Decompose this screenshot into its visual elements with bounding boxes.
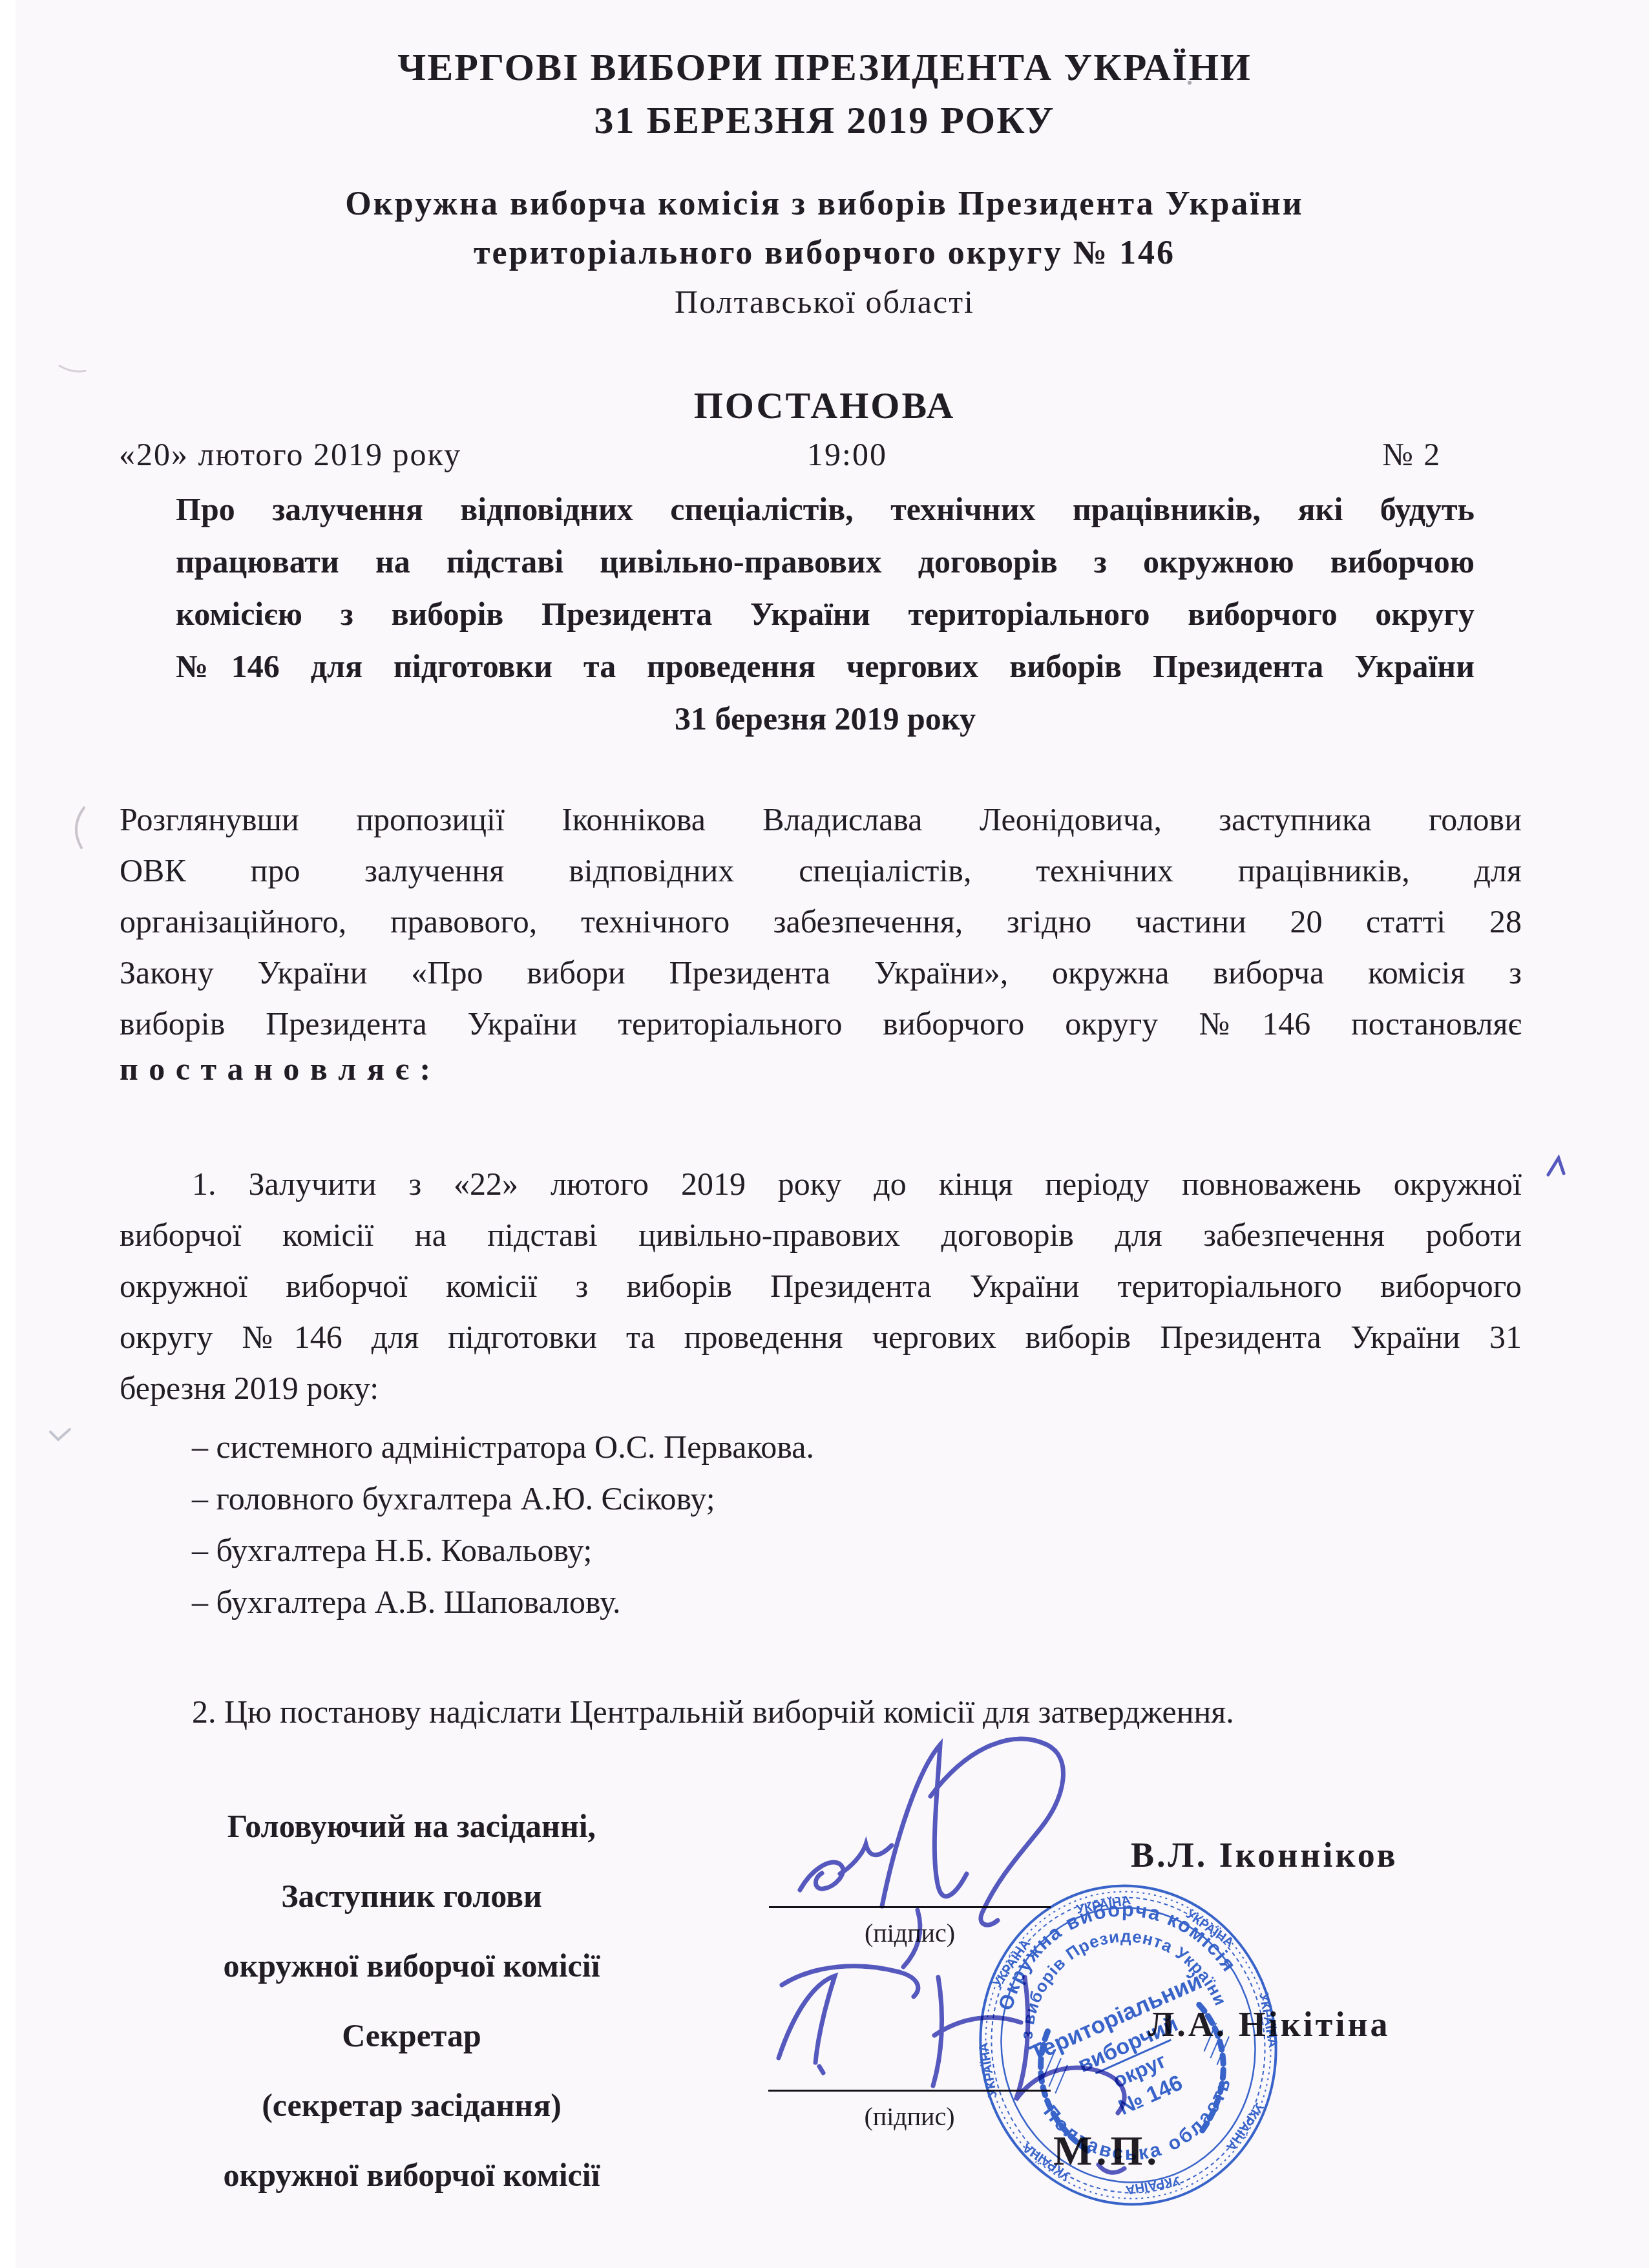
handwriting-overlay bbox=[0, 0, 1649, 2268]
scan-artifacts bbox=[50, 74, 1192, 1440]
signature-ink-2 bbox=[779, 1966, 1124, 2172]
scanned-resolution-page: ЧЕРГОВІ ВИБОРИ ПРЕЗИДЕНТА УКРАЇНИ 31 БЕР… bbox=[0, 0, 1649, 2268]
signature-ink-1 bbox=[800, 1739, 1063, 1967]
pen-check-mark bbox=[1548, 1158, 1564, 1175]
